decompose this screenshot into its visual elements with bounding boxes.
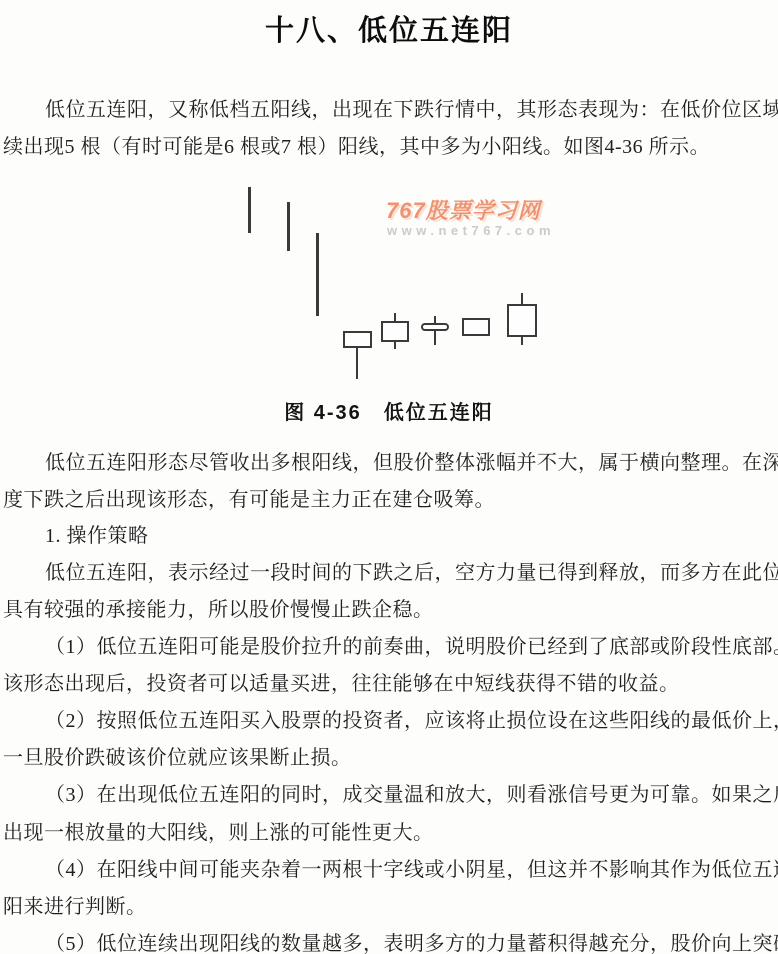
paragraph-line: 度下跌之后出现该形态，有可能是主力正在建仓吸筹。 [3, 487, 775, 513]
list-item-line: 阳来进行判断。 [3, 894, 775, 920]
downtrend-bar [248, 187, 251, 233]
candle-body [462, 318, 490, 336]
candle-upper-wick [434, 316, 436, 323]
downtrend-bar [287, 202, 290, 251]
list-item-line: （3）在出现低位五连阳的同时，成交量温和放大，则看涨信号更为可靠。如果之后 [3, 782, 778, 808]
paragraph-line: 低位五连阳形态尽管收出多根阳线，但股价整体涨幅并不大，属于横向整理。在深 [3, 450, 778, 476]
candle-body [507, 304, 537, 337]
candle-upper-wick [394, 313, 396, 321]
watermark-brand: 767股票学习网 [386, 194, 541, 225]
list-item-line: （4）在阳线中间可能夹杂着一两根十字线或小阴星，但这并不影响其作为低位五连 [3, 857, 778, 883]
list-item-line: 出现一根放量的大阳线，则上涨的可能性更大。 [3, 820, 775, 846]
list-item-line: 一旦股价跌破该价位就应该果断止损。 [3, 745, 775, 771]
candle-body [381, 321, 409, 342]
candle-lower-wick [521, 337, 523, 345]
candle-body [421, 323, 449, 331]
book-page: 十八、低位五连阳 低位五连阳，又称低档五阳线，出现在下跌行情中，其形态表现为：在… [0, 0, 778, 954]
downtrend-bar [316, 233, 319, 316]
list-item-line: 该形态出现后，投资者可以适量买进，往往能够在中短线获得不错的收益。 [3, 671, 775, 697]
section-heading: 1. 操作策略 [3, 523, 778, 549]
candle-lower-wick [434, 331, 436, 345]
candle-upper-wick [521, 293, 523, 304]
paragraph-line: 具有较强的承接能力，所以股价慢慢止跌企稳。 [3, 597, 775, 623]
list-item-line: （1）低位五连阳可能是股价拉升的前奏曲，说明股价已经到了底部或阶段性底部。 [3, 634, 778, 660]
list-item-line: （5）低位连续出现阳线的数量越多，表明多方的力量蓄积得越充分，股价向上突破 [3, 931, 778, 954]
candle-body [343, 331, 372, 348]
watermark-url: www.net767.com [387, 223, 555, 238]
list-item-line: （2）按照低位五连阳买入股票的投资者，应该将止损位设在这些阳线的最低价上， [3, 708, 778, 734]
paragraph-line: 低位五连阳，表示经过一段时间的下跌之后，空方力量已得到释放，而多方在此位置 [3, 560, 778, 586]
candle-lower-wick [394, 342, 396, 349]
candle-lower-wick [356, 348, 358, 379]
figure-caption: 图 4-36 低位五连阳 [0, 396, 778, 425]
